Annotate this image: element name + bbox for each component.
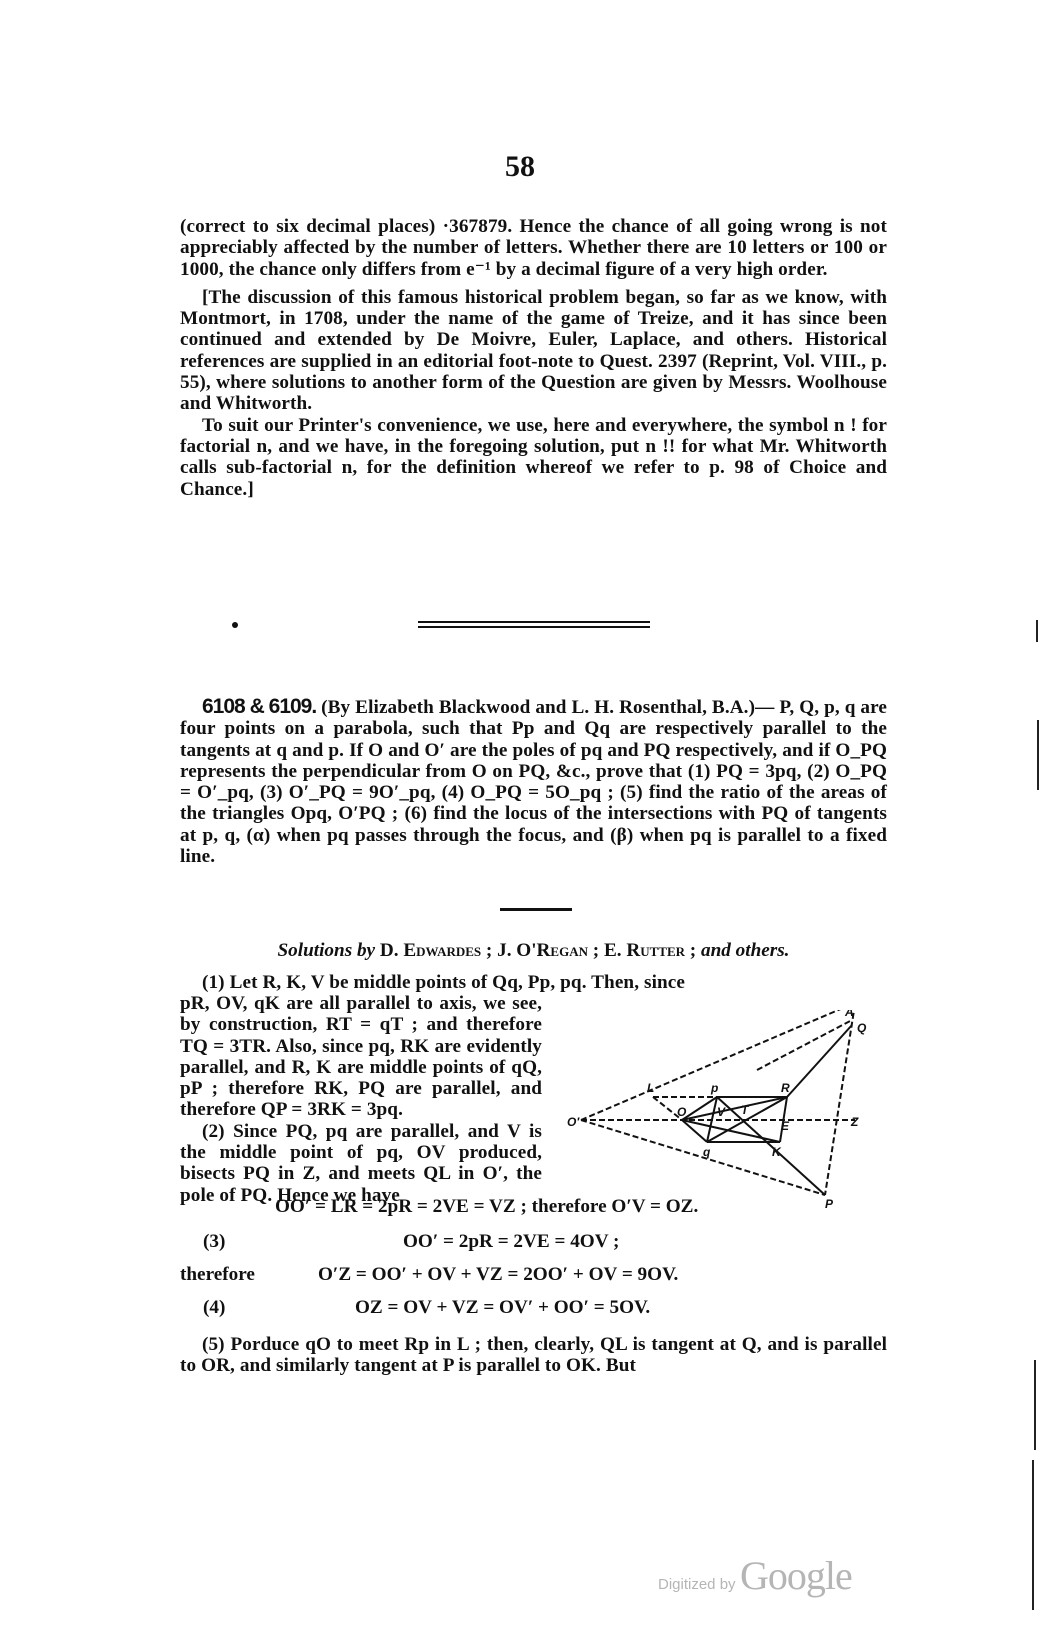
svg-text:E: E: [781, 1119, 790, 1133]
solution-part1-first-line: (1) Let R, K, V be middle points of Qq, …: [180, 972, 887, 993]
solutions-byline: Solutions by D. Edwardes ; J. O'Regan ; …: [180, 940, 887, 962]
ink-speck: [232, 622, 238, 628]
page-edge-mark: [1036, 620, 1038, 642]
solution-part2: (2) Since PQ, pq are parallel, and V is …: [180, 1121, 542, 1206]
label-o-prime: O′: [567, 1115, 580, 1129]
equation-4: OZ = OV + VZ = OV′ + OO′ = 5OV.: [355, 1297, 650, 1319]
svg-text:V: V: [717, 1105, 726, 1119]
page-number: 58: [0, 150, 1040, 184]
question-number: 6108 & 6109.: [202, 695, 316, 718]
svg-text:R: R: [781, 1081, 790, 1095]
digitized-by-google-watermark: Digitized by Google: [658, 1552, 852, 1599]
equation-3: O′Z = OO′ + OV + VZ = 2OO′ + OV = 9OV.: [318, 1264, 678, 1286]
question-authors: (By Elizabeth Blackwood and L. H. Rosent…: [321, 697, 774, 718]
solution-narrow-column: pR, OV, qK are all parallel to axis, we …: [180, 993, 542, 1206]
svg-text:p: p: [710, 1081, 718, 1095]
svg-text:q: q: [703, 1145, 711, 1159]
svg-text:O: O: [677, 1105, 687, 1119]
equation-2-label: (3): [203, 1231, 225, 1253]
svg-text:Z: Z: [850, 1115, 859, 1129]
equation-3-label: therefore: [180, 1264, 255, 1286]
google-logo: Google: [740, 1553, 852, 1598]
equation-2: OO′ = 2pR = 2VE = 4OV ;: [403, 1231, 619, 1253]
geometry-figure: O′ L p R A Q O V T E Z q K P: [567, 1010, 887, 1210]
paragraph-history: [The discussion of this famous historica…: [180, 287, 887, 415]
svg-text:K: K: [772, 1145, 782, 1159]
svg-text:A: A: [844, 1010, 854, 1019]
equation-1: OO′ = LR = 2pR = 2VE = VZ ; therefore O′…: [275, 1196, 698, 1218]
equation-4-label: (4): [203, 1297, 225, 1319]
page-edge-mark: [1032, 1460, 1034, 1610]
paragraph-chance: (correct to six decimal places) ·367879.…: [180, 216, 887, 280]
solution-part5: (5) Porduce qO to meet Rp in L ; then, c…: [180, 1334, 887, 1377]
byline-prefix: Solutions by: [278, 940, 376, 961]
solution-part1: pR, OV, qK are all parallel to axis, we …: [180, 993, 542, 1121]
page-edge-mark: [1037, 720, 1039, 790]
paragraph-printer-note: To suit our Printer's convenience, we us…: [180, 415, 887, 500]
page-edge-mark: [1034, 1360, 1036, 1450]
question-body: P, Q, p, q are four points on a parabola…: [180, 697, 887, 867]
byline-names: D. Edwardes ; J. O'Regan ; E. Rutter ;: [380, 940, 696, 961]
question-block: 6108 & 6109. (By Elizabeth Blackwood and…: [180, 696, 887, 867]
double-rule-divider: [418, 621, 650, 628]
continuation-section: (correct to six decimal places) ·367879.…: [180, 216, 887, 500]
byline-suffix: and others.: [701, 940, 790, 961]
svg-text:L: L: [647, 1081, 654, 1095]
short-rule-divider: [500, 908, 572, 911]
svg-text:P: P: [825, 1197, 834, 1210]
svg-text:Q: Q: [857, 1021, 867, 1035]
